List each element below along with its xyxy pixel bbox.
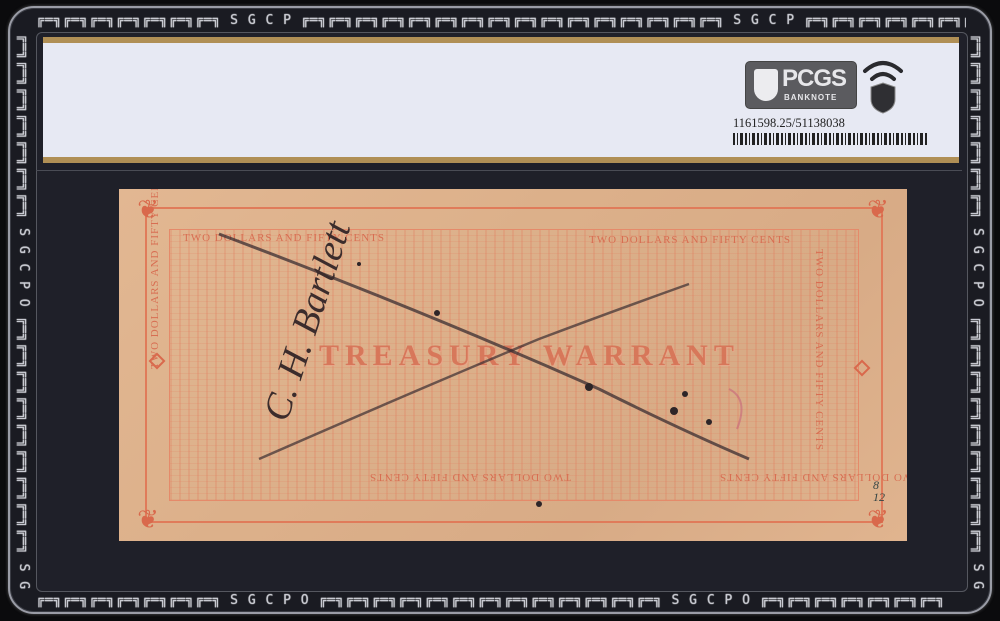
greek-key-border-right: ╔═╗╔═╗╔═╗╔═╗╔═╗╔═╗╔═╗ S G C P O ╔═╗╔═╗╔═…	[968, 34, 986, 590]
label-divider	[36, 170, 962, 171]
greek-key-border-bottom: ╔═╗╔═╗╔═╗╔═╗╔═╗╔═╗╔═╗ S G C P O ╔═╗╔═╗╔═…	[36, 592, 966, 610]
pencil-notation: 8 12	[873, 479, 885, 503]
nfc-shield-icon	[861, 57, 905, 115]
grading-label: PCGS BANKNOTE 1161598.25/51138038	[43, 37, 959, 163]
corner-ornament-top-right: ❦	[863, 195, 893, 225]
corner-ornament-bottom-left: ❦	[133, 505, 163, 535]
pcgs-logo: PCGS BANKNOTE	[745, 61, 857, 109]
barcode	[733, 133, 929, 145]
note-title: TREASURY WARRANT	[319, 339, 740, 373]
denomination-text-right: TWO DOLLARS AND FIFTY CENTS	[813, 249, 825, 451]
denomination-text-top-right: TWO DOLLARS AND FIFTY CENTS	[589, 234, 791, 246]
cert-number: 1161598.25/51138038	[733, 116, 845, 131]
corner-ornament-bottom-right: ❦	[863, 505, 893, 535]
greek-key-border-left: ╔═╗╔═╗╔═╗╔═╗╔═╗╔═╗╔═╗ S G C P O ╔═╗╔═╗╔═…	[14, 34, 32, 590]
denomination-text-left: TWO DOLLARS AND FIFTY CENTS	[149, 189, 161, 369]
shield-icon	[754, 69, 778, 101]
banknote: ❦ ❦ ❦ ❦ TWO DOLLARS AND FIFTY CENTS TWO …	[119, 189, 907, 541]
greek-key-border-top: ╔═╗╔═╗╔═╗╔═╗╔═╗╔═╗╔═╗ S G C P ╔═╗╔═╗╔═╗╔…	[36, 12, 966, 30]
label-face: PCGS BANKNOTE 1161598.25/51138038	[43, 43, 959, 157]
denomination-text-bottom-left: TWO DOLLARS AND FIFTY CENTS	[369, 471, 571, 483]
logo-text: PCGS	[782, 66, 846, 92]
logo-subtitle: BANKNOTE	[784, 93, 837, 102]
